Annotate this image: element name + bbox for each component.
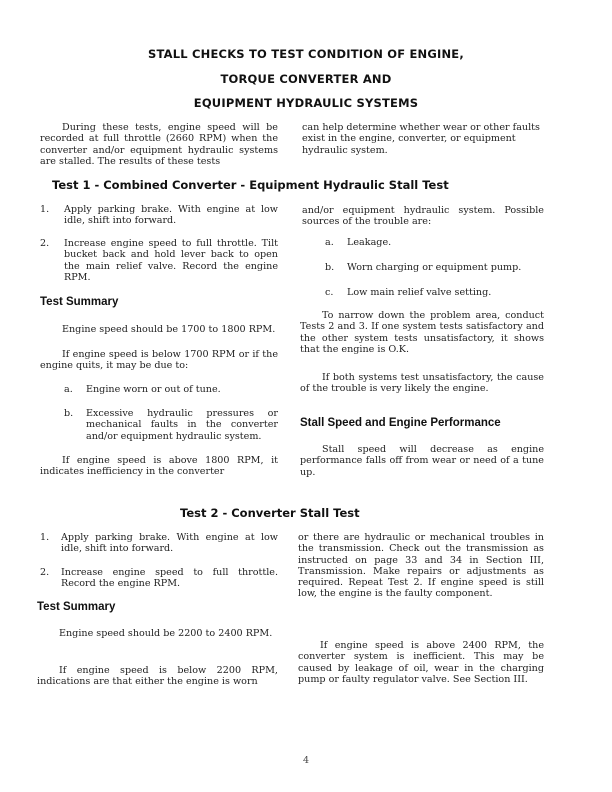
cause-text: Engine worn or out of tune. (86, 384, 278, 395)
test2-summary-high: If engine speed is above 2400 RPM, the c… (298, 640, 544, 685)
stall-performance-heading: Stall Speed and Engine Performance (300, 417, 501, 429)
test1-narrow-paragraph: To narrow down the problem area, conduct… (300, 310, 544, 355)
page-title-line-1: STALL CHECKS TO TEST CONDITION OF ENGINE… (0, 47, 612, 61)
test1-summary-high-left: If engine speed is above 1800 RPM, it in… (40, 455, 278, 478)
cause-letter: b. (64, 408, 73, 419)
page-title-line-3: EQUIPMENT HYDRAULIC SYSTEMS (0, 96, 612, 110)
test2-summary-expected: Engine speed should be 2200 to 2400 RPM. (37, 628, 278, 639)
step-number: 2. (40, 567, 49, 578)
cause-letter: c. (325, 287, 333, 298)
test2-summary-low-right: or there are hydraulic or mechanical tro… (298, 532, 544, 600)
cause-text: Excessive hydraulic pressures or mechani… (86, 408, 278, 442)
cause-letter: a. (64, 384, 73, 395)
test1-summary-expected: Engine speed should be 1700 to 1800 RPM. (40, 324, 278, 335)
step-text: Apply parking brake. With engine at low … (64, 204, 278, 227)
step-number: 1. (40, 204, 49, 215)
cause-letter: b. (325, 262, 334, 273)
intro-right-paragraph: can help determine whether wear or other… (302, 122, 544, 156)
page-number: 4 (0, 755, 612, 766)
cause-letter: a. (325, 237, 334, 248)
page-title-line-2: TORQUE CONVERTER AND (0, 72, 612, 86)
test1-summary-low: If engine speed is below 1700 RPM or if … (40, 349, 278, 372)
cause-text: Low main relief valve setting. (347, 287, 545, 298)
step-text: Apply parking brake. With engine at low … (61, 532, 278, 555)
step-text: Increase engine speed to full throttle. … (61, 567, 278, 590)
step-text: Increase engine speed to full throttle. … (64, 238, 278, 283)
test2-summary-heading: Test Summary (37, 601, 115, 613)
cause-text: Leakage. (347, 237, 545, 248)
test1-heading: Test 1 - Combined Converter - Equipment … (52, 178, 449, 192)
test1-summary-high-right: and/or equipment hydraulic system. Possi… (302, 205, 544, 228)
intro-left-paragraph: During these tests, engine speed will be… (40, 122, 278, 167)
test2-summary-low-left: If engine speed is below 2200 RPM, indic… (37, 665, 278, 688)
test1-both-paragraph: If both systems test unsatisfactory, the… (300, 372, 544, 395)
step-number: 2. (40, 238, 49, 249)
cause-text: Worn charging or equipment pump. (347, 262, 545, 273)
stall-performance-paragraph: Stall speed will decrease as engine perf… (300, 444, 544, 478)
step-number: 1. (40, 532, 49, 543)
test1-summary-heading: Test Summary (40, 296, 118, 308)
test2-heading: Test 2 - Converter Stall Test (180, 506, 360, 520)
